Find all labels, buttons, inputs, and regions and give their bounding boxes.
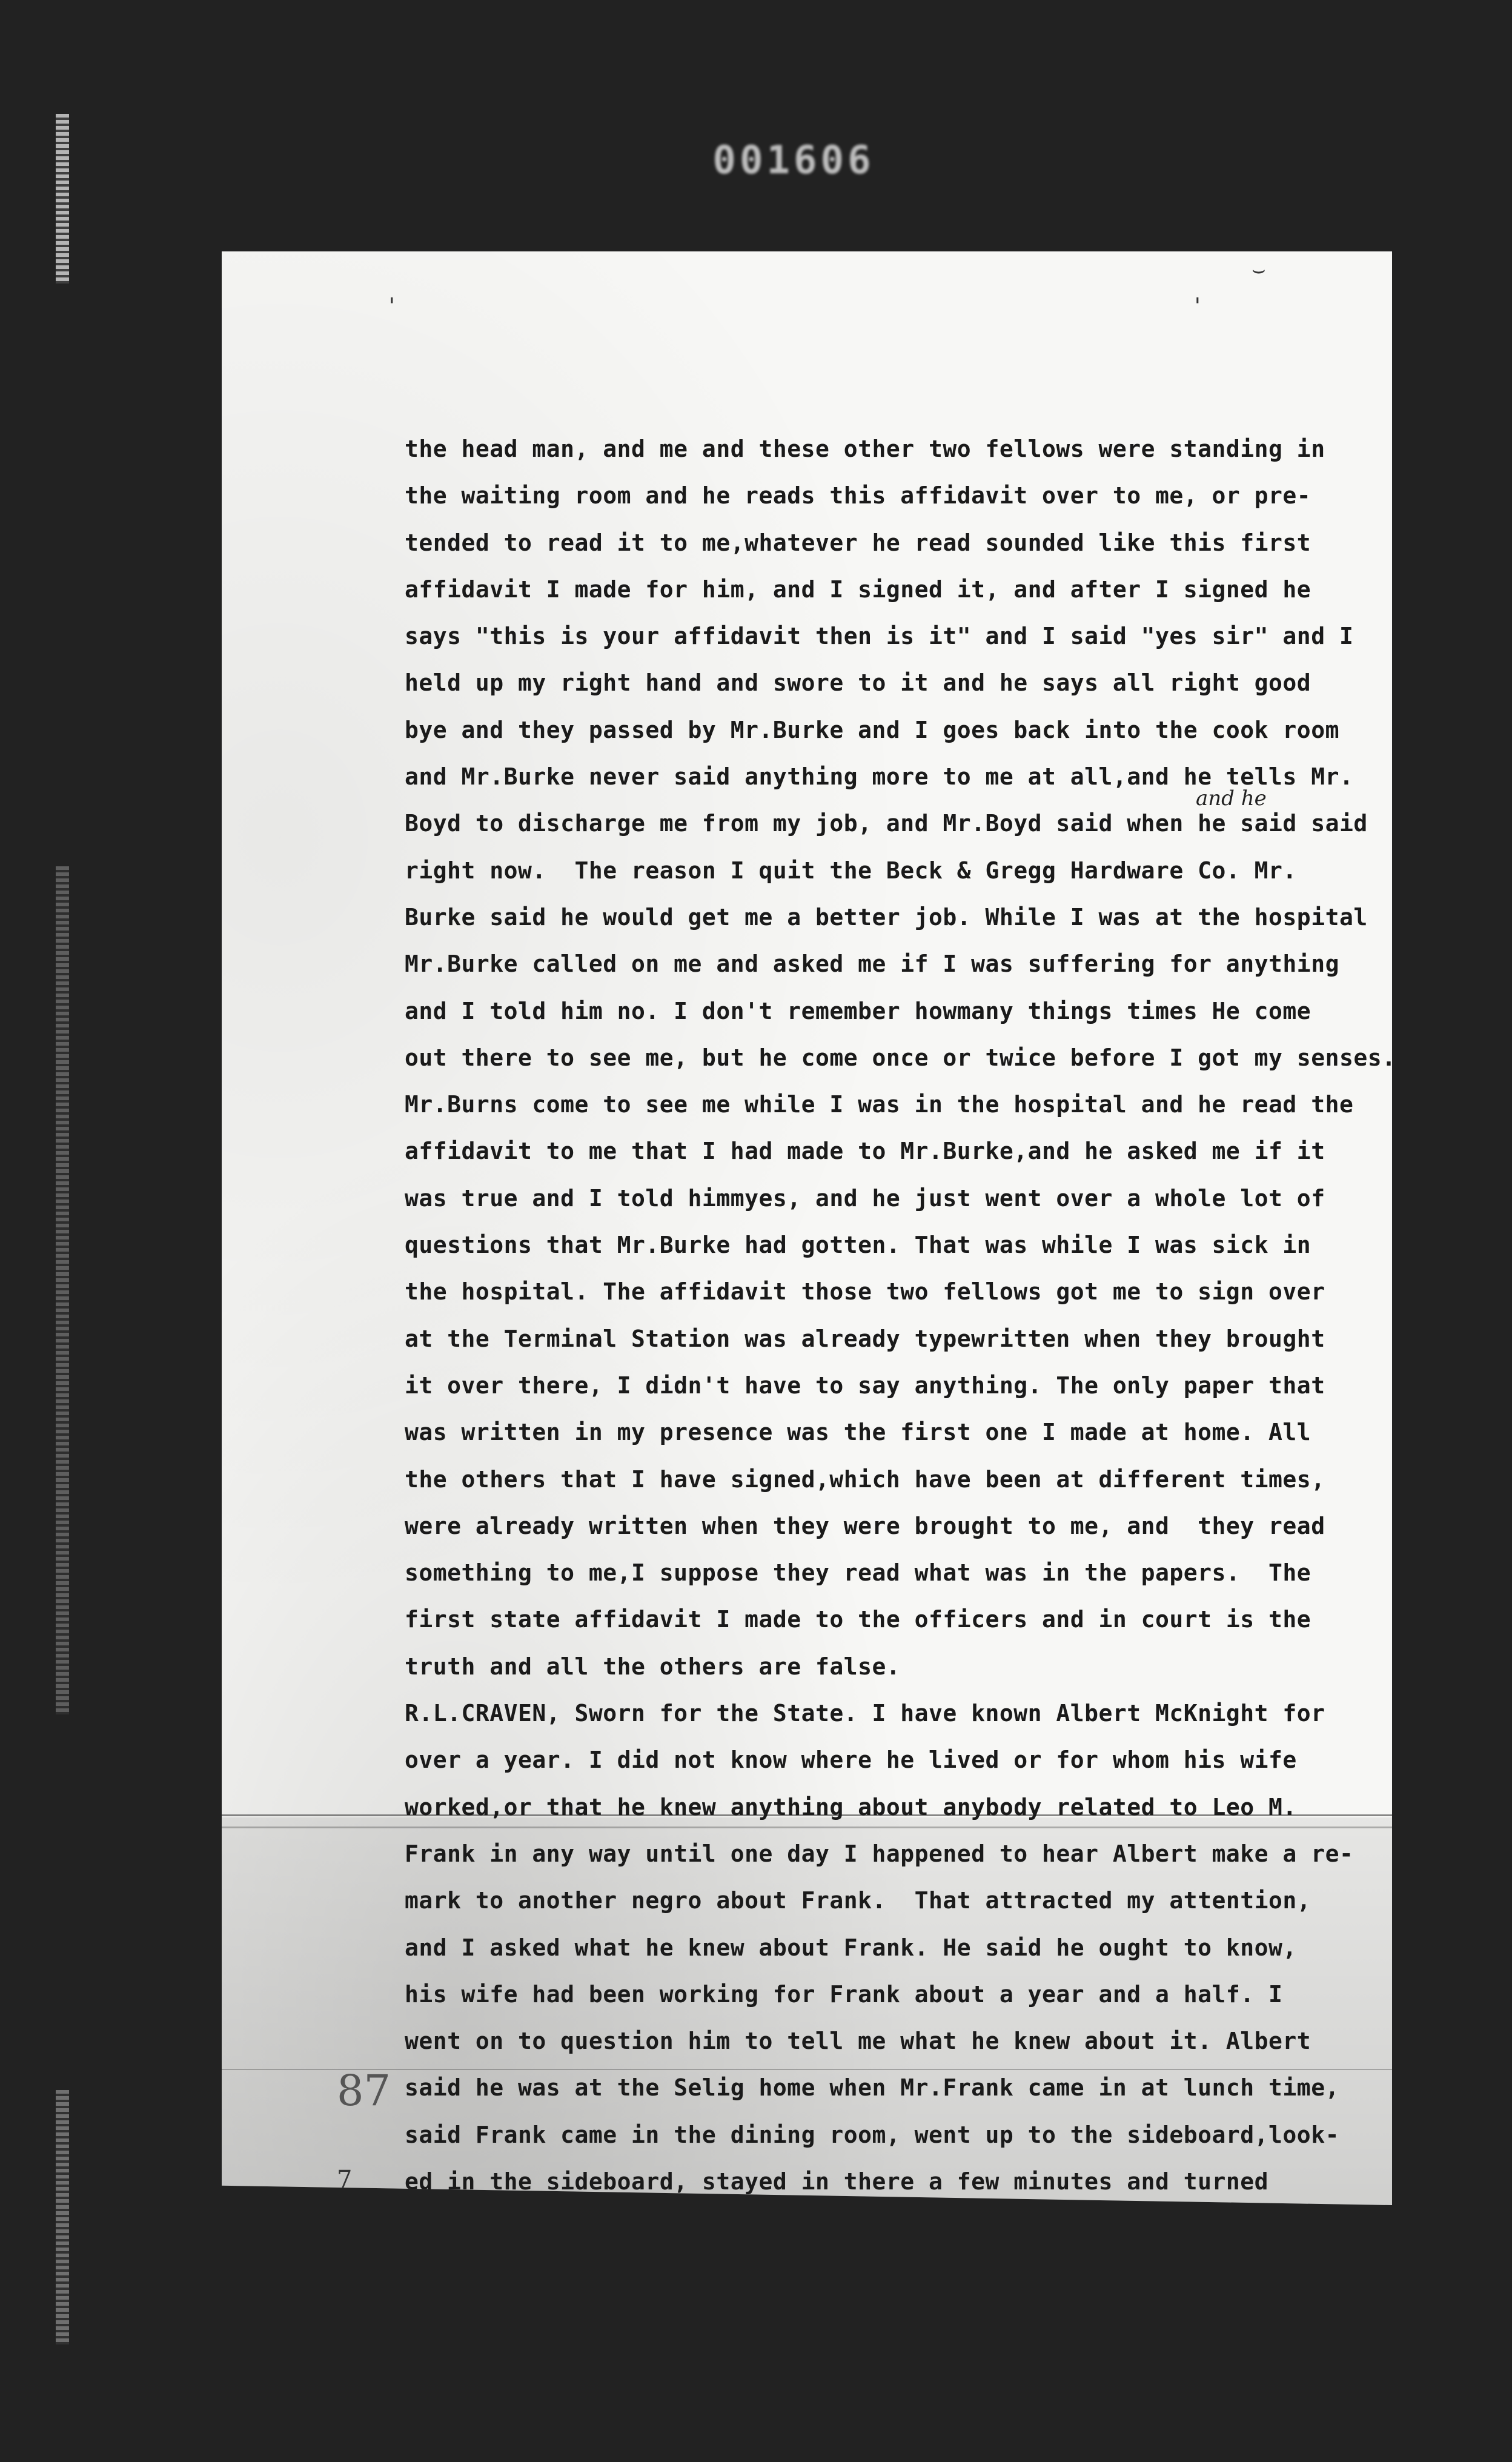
text-line: the others that I have signed,which have… (405, 1456, 1374, 1503)
text-line: was true and I told himmyes, and he just… (405, 1175, 1374, 1222)
text-line: right now. The reason I quit the Beck & … (405, 848, 1374, 894)
text-line: R.L.CRAVEN, Sworn for the State. I have … (405, 1690, 1374, 1737)
text-line: Mr.Burke called on me and asked me if I … (405, 941, 1374, 987)
text-line: Burke said he would get me a better job.… (405, 894, 1374, 941)
text-line: the head man, and me and these other two… (405, 426, 1374, 473)
text-line: said he was at the Selig home when Mr.Fr… (405, 2065, 1374, 2111)
text-line: was written in my presence was the first… (405, 1409, 1374, 1456)
text-line: and I told him no. I don't remember howm… (405, 988, 1374, 1035)
text-line: Mr.Burns come to see me while I was in t… (405, 1081, 1374, 1128)
text-line: the hospital. The affidavit those two fe… (405, 1269, 1374, 1315)
text-line: truth and all the others are false. (405, 1644, 1374, 1690)
text-line: and Mr.Burke never said anything more to… (405, 754, 1374, 800)
text-line: worked,or that he knew anything about an… (405, 1784, 1374, 1831)
text-line: ed in the sideboard, stayed in there a f… (405, 2158, 1374, 2205)
text-line: held up my right hand and swore to it an… (405, 660, 1374, 706)
text-line: went on to question him to tell me what … (405, 2018, 1374, 2065)
text-line: it over there, I didn't have to say anyt… (405, 1362, 1374, 1409)
film-edge-marks (56, 114, 69, 284)
frame-stamp-number: 001606 (666, 139, 921, 182)
page-mark: ⌣ (1252, 257, 1266, 283)
page-mark: ' (1191, 294, 1204, 319)
text-line: affidavit to me that I had made to Mr.Bu… (405, 1128, 1374, 1175)
text-line: mark to another negro about Frank. That … (405, 1877, 1374, 1924)
text-line: over a year. I did not know where he liv… (405, 1737, 1374, 1783)
text-line: the waiting room and he reads this affid… (405, 473, 1374, 519)
text-line: something to me,I suppose they read what… (405, 1550, 1374, 1596)
margin-small-number: 7 (337, 2166, 352, 2194)
margin-page-number: 87 (337, 2066, 391, 2115)
film-edge-marks (56, 866, 69, 1714)
text-line: bye and they passed by Mr.Burke and I go… (405, 707, 1374, 754)
typed-text-body: the head man, and me and these other two… (405, 426, 1374, 2205)
page-mark: ' (385, 294, 399, 319)
film-edge-marks (56, 2090, 69, 2344)
document-page: ' ' ⌣ and he the head man, and me and th… (222, 251, 1392, 2205)
text-line: affidavit I made for him, and I signed i… (405, 566, 1374, 613)
text-line: out there to see me, but he come once or… (405, 1035, 1374, 1081)
text-line: questions that Mr.Burke had gotten. That… (405, 1222, 1374, 1269)
text-line: Boyd to discharge me from my job, and Mr… (405, 800, 1374, 847)
text-line: says "this is your affidavit then is it"… (405, 613, 1374, 660)
text-line: and I asked what he knew about Frank. He… (405, 1925, 1374, 1971)
text-line: first state affidavit I made to the offi… (405, 1596, 1374, 1643)
text-line: tended to read it to me,whatever he read… (405, 520, 1374, 566)
text-line: his wife had been working for Frank abou… (405, 1971, 1374, 2018)
text-line: Frank in any way until one day I happene… (405, 1831, 1374, 1877)
text-line: were already written when they were brou… (405, 1503, 1374, 1550)
text-line: at the Terminal Station was already type… (405, 1316, 1374, 1362)
text-line: said Frank came in the dining room, went… (405, 2112, 1374, 2158)
